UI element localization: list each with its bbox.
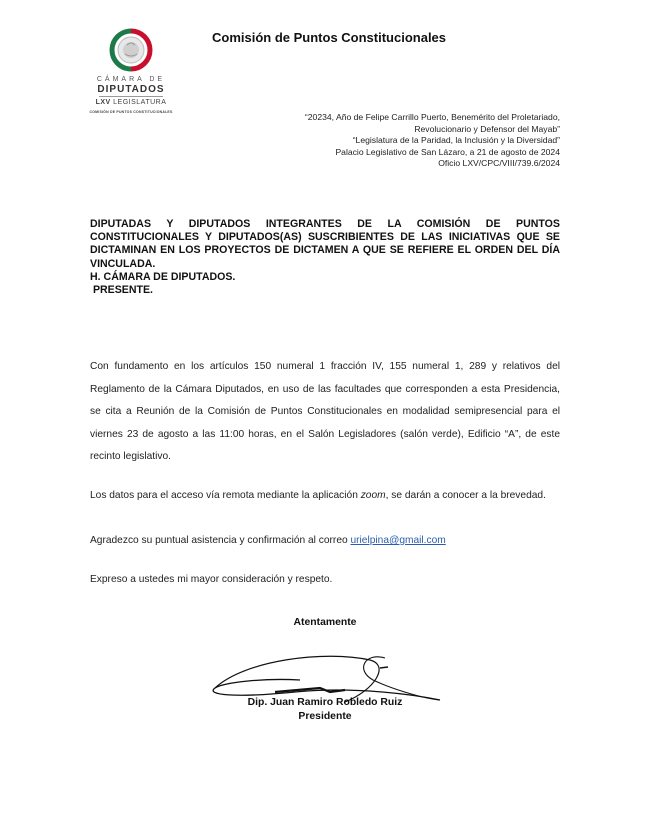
para3-text: Agradezco su puntual asistencia y confir… (90, 535, 350, 546)
addressee-block: DIPUTADAS Y DIPUTADOS INTEGRANTES DE LA … (90, 218, 560, 297)
date-line: Palacio Legislativo de San Lázaro, a 21 … (240, 147, 560, 159)
logo-divider (99, 96, 163, 97)
signer-name: Dip. Juan Ramiro Robledo Ruiz (0, 697, 650, 708)
header-title: Comisión de Puntos Constitucionales (212, 30, 446, 45)
signature-icon (205, 640, 445, 705)
paragraph-confirmation: Agradezco su puntual asistencia y confir… (90, 534, 560, 548)
app-name: zoom (361, 490, 386, 501)
logo-legislature-word: LEGISLATURA (111, 99, 167, 106)
addressee-chamber: H. CÁMARA DE DIPUTADOS. (90, 271, 560, 284)
para2-text: Los datos para el acceso vía remota medi… (90, 490, 361, 501)
addressee-line: CONSTITUCIONALES Y DIPUTADOS(AS) SUSCRIB… (90, 231, 560, 244)
logo-legislature-number: LXV (96, 99, 111, 106)
signer-role: Presidente (0, 711, 650, 722)
chamber-logo: CÁMARA DE DIPUTADOS LXV LEGISLATURA COMI… (86, 28, 176, 114)
logo-text-legislatura: LXV LEGISLATURA (86, 98, 176, 107)
addressee-presente: PRESENTE. (90, 284, 560, 297)
epigraph-line: “20234, Año de Felipe Carrillo Puerto, B… (240, 112, 560, 124)
logo-text-diputados: DIPUTADOS (86, 84, 176, 95)
addressee-line: DIPUTADAS Y DIPUTADOS INTEGRANTES DE LA … (90, 218, 560, 231)
epigraph-line: “Legislatura de la Paridad, la Inclusión… (240, 135, 560, 147)
logo-text-camara: CÁMARA DE (86, 76, 176, 84)
paragraph-convocation: Con fundamento en los artículos 150 nume… (90, 356, 560, 469)
para2-text-end: , se darán a conocer a la brevedad. (386, 490, 546, 501)
addressee-line: VINCULADA. (90, 258, 560, 271)
paragraph-regards: Expreso a ustedes mi mayor consideración… (90, 573, 560, 587)
email-link[interactable]: urielpina@gmail.com (350, 535, 445, 546)
epigraph-line: Revolucionario y Defensor del Mayab” (240, 124, 560, 136)
office-number: Oficio LXV/CPC/VIII/739.6/2024 (240, 158, 560, 170)
epigraph-block: “20234, Año de Felipe Carrillo Puerto, B… (240, 112, 560, 170)
closing-salutation: Atentamente (0, 617, 650, 628)
paragraph-remote-access: Los datos para el acceso vía remota medi… (90, 489, 560, 503)
logo-text-commission: COMISIÓN DE PUNTOS CONSTITUCIONALES (86, 110, 176, 114)
coat-of-arms-icon (109, 28, 153, 72)
addressee-line: DICTAMINAN EN LOS PROYECTOS DE DICTAMEN … (90, 244, 560, 257)
